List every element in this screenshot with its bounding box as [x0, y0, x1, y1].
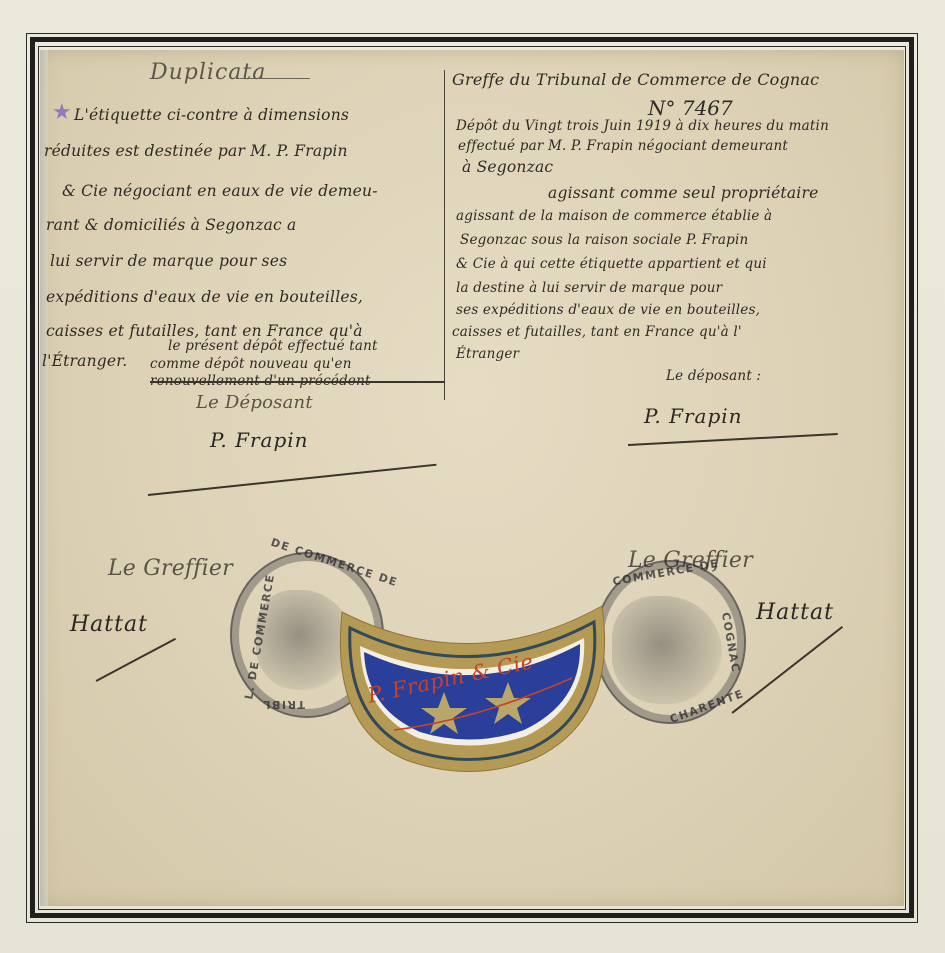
left-line-8: l'Étranger.	[42, 352, 127, 370]
paper-edge	[40, 50, 48, 906]
left-depositor-signature: P. Frapin	[210, 428, 309, 452]
left-line-2: réduites est destinée par M. P. Frapin	[44, 142, 348, 160]
left-line-3: & Cie négociant en eaux de vie demeu-	[62, 182, 378, 200]
left-clerk-signature: Hattat	[70, 612, 148, 637]
insertion-strike-line	[150, 381, 445, 383]
right-line-10: caisses et futailles, tant en France qu'…	[452, 324, 742, 340]
insertion-line-2: comme dépôt nouveau qu'en	[150, 356, 352, 372]
right-line-1: Dépôt du Vingt trois Juin 1919 à dix heu…	[456, 118, 829, 134]
purple-star-icon: ★	[52, 102, 72, 124]
right-signatory-label: Le déposant :	[666, 368, 761, 384]
right-line-7: & Cie à qui cette étiquette appartient e…	[456, 256, 767, 272]
left-line-5: lui servir de marque pour ses	[50, 252, 287, 270]
left-signatory-label: Le Déposant	[196, 392, 313, 413]
right-line-11: Étranger	[456, 346, 519, 362]
right-line-2: effectué par M. P. Frapin négociant deme…	[458, 138, 788, 154]
column-divider	[444, 70, 445, 400]
left-line-4: rant & domiciliés à Segonzac a	[46, 216, 296, 234]
deposit-number: N° 7467	[648, 96, 733, 120]
right-line-5: agissant de la maison de commerce établi…	[456, 208, 772, 224]
right-line-8: la destine à lui servir de marque pour	[456, 280, 722, 296]
right-line-9: ses expéditions d'eaux de vie en bouteil…	[456, 302, 760, 318]
left-clerk-label: Le Greffier	[108, 556, 233, 581]
greffe-heading: Greffe du Tribunal de Commerce de Cognac	[452, 70, 819, 89]
insertion-line-1: le présent dépôt effectué tant	[168, 338, 378, 354]
right-stamp-emblem	[612, 596, 722, 704]
right-clerk-signature: Hattat	[756, 600, 834, 625]
document-paper	[40, 50, 904, 906]
left-line-6: expéditions d'eaux de vie en bouteilles,	[46, 288, 363, 306]
heading-underline	[240, 78, 310, 79]
right-depositor-signature: P. Frapin	[644, 404, 743, 428]
duplicata-heading: Duplicata	[150, 60, 266, 85]
left-stamp-text-bottom: TRIBL	[262, 698, 305, 711]
left-line-1: L'étiquette ci-contre à dimensions	[74, 106, 349, 124]
right-line-3: à Segonzac	[462, 158, 553, 176]
right-line-4: agissant comme seul propriétaire	[548, 184, 818, 202]
right-line-6: Segonzac sous la raison sociale P. Frapi…	[460, 232, 748, 248]
